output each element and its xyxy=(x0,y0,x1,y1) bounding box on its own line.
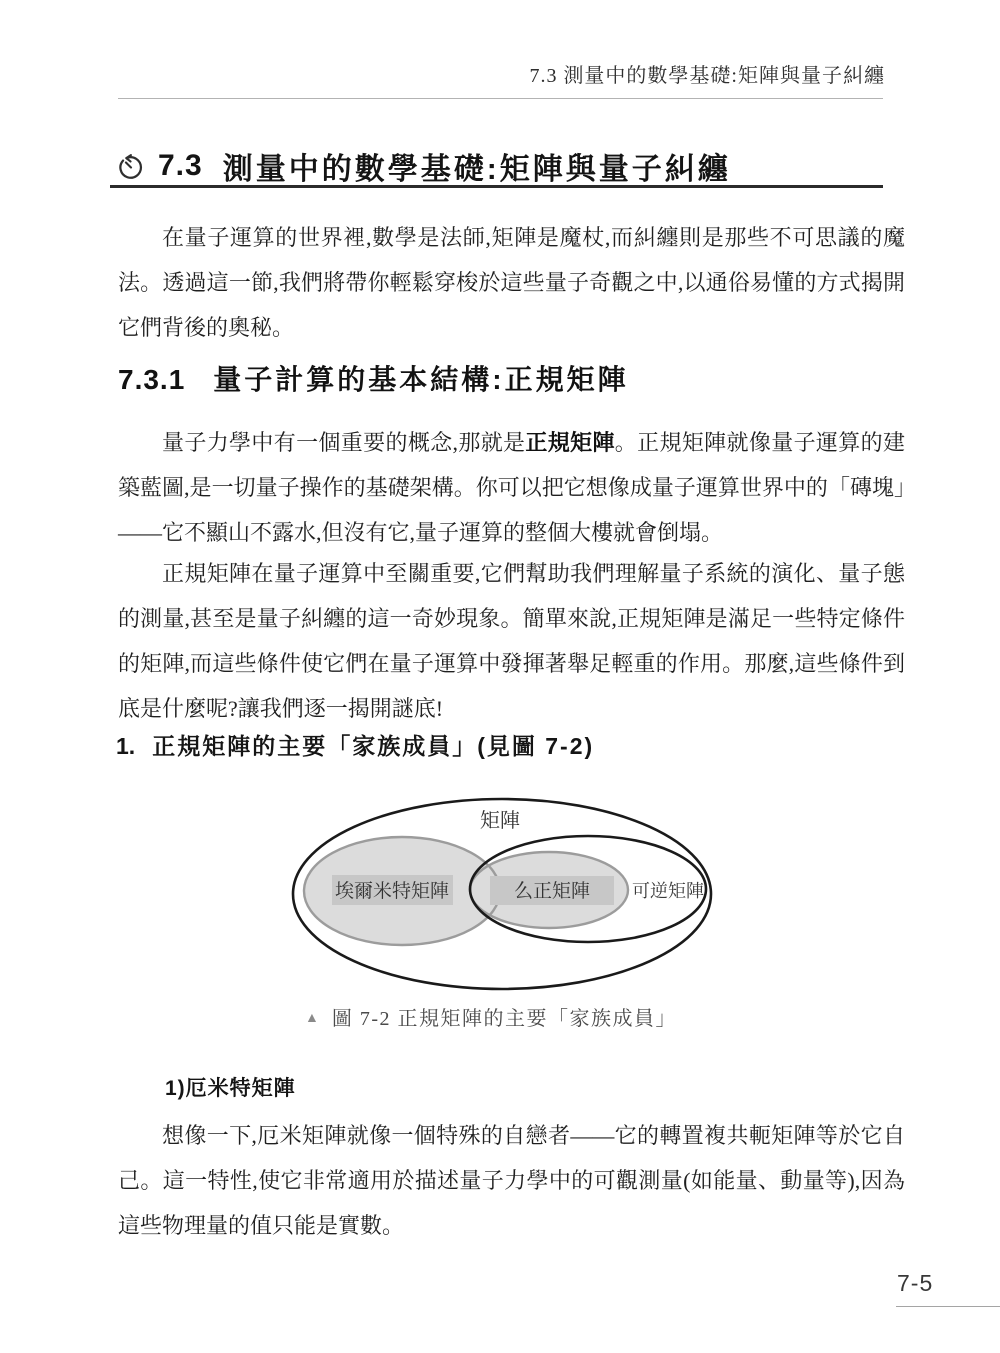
book-page: 7.3 測量中的數學基礎:矩陣與量子糾纏 7.3 測量中的數學基礎:矩陣與量子糾… xyxy=(0,0,1000,1353)
caption-triangle-icon: ▲ xyxy=(305,1006,319,1032)
chapter-title-text: 測量中的數學基礎:矩陣與量子糾纏 xyxy=(223,144,731,188)
figure-caption: ▲ 圖 7-2 正規矩陣的主要「家族成員」 xyxy=(305,1006,677,1032)
paragraph-importance: 正規矩陣在量子運算中至關重要,它們幫助我們理解量子系統的演化、量子態的測量,甚至… xyxy=(118,551,905,731)
running-header: 7.3 測量中的數學基礎:矩陣與量子糾纏 xyxy=(529,62,885,90)
figure-caption-text: 圖 7-2 正規矩陣的主要「家族成員」 xyxy=(332,1006,677,1032)
hermitian-set-label: 埃爾米特矩陣 xyxy=(335,880,449,902)
matrix-set-label: 矩陣 xyxy=(480,809,520,832)
list-heading-text: 正規矩陣的主要「家族成員」(見圖 7-2) xyxy=(152,728,594,761)
paragraph-segment: 量子力學中有一個重要的概念,那就是 xyxy=(162,430,525,455)
page-number: 7-5 xyxy=(897,1270,933,1297)
footer-rule xyxy=(896,1306,1000,1307)
section-heading-731: 7.3.1 量子計算的基本結構:正規矩陣 xyxy=(118,358,629,398)
unitary-set-label: 么正矩陣 xyxy=(514,880,590,902)
figure-venn-diagram: 矩陣 埃爾米特矩陣 么正矩陣 可逆矩陣 xyxy=(268,789,738,1001)
title-rule xyxy=(110,185,883,188)
section-heading-text: 量子計算的基本結構:正規矩陣 xyxy=(213,358,628,398)
paragraph-intro: 在量子運算的世界裡,數學是法師,矩陣是魔杖,而糾纏則是那些不可思議的魔法。透過這… xyxy=(118,215,905,350)
paragraph-normal-matrix: 量子力學中有一個重要的概念,那就是正規矩陣。正規矩陣就像量子運算的建築藍圖,是一… xyxy=(118,420,905,555)
history-clock-icon xyxy=(115,151,146,182)
list-number: 1. xyxy=(116,733,135,760)
chapter-title: 7.3 測量中的數學基礎:矩陣與量子糾纏 xyxy=(115,144,731,188)
paragraph-hermitian: 想像一下,厄米矩陣就像一個特殊的自戀者——它的轉置複共軛矩陣等於它自己。這一特性… xyxy=(118,1113,905,1248)
invertible-set-label: 可逆矩陣 xyxy=(632,881,704,901)
header-rule xyxy=(118,98,883,99)
section-number: 7.3.1 xyxy=(118,364,185,396)
bold-term-normal-matrix: 正規矩陣 xyxy=(525,430,614,455)
subheading-hermitian: 1)厄米特矩陣 xyxy=(165,1072,296,1102)
list-heading-family: 1. 正規矩陣的主要「家族成員」(見圖 7-2) xyxy=(116,728,594,761)
chapter-number: 7.3 xyxy=(158,149,203,183)
